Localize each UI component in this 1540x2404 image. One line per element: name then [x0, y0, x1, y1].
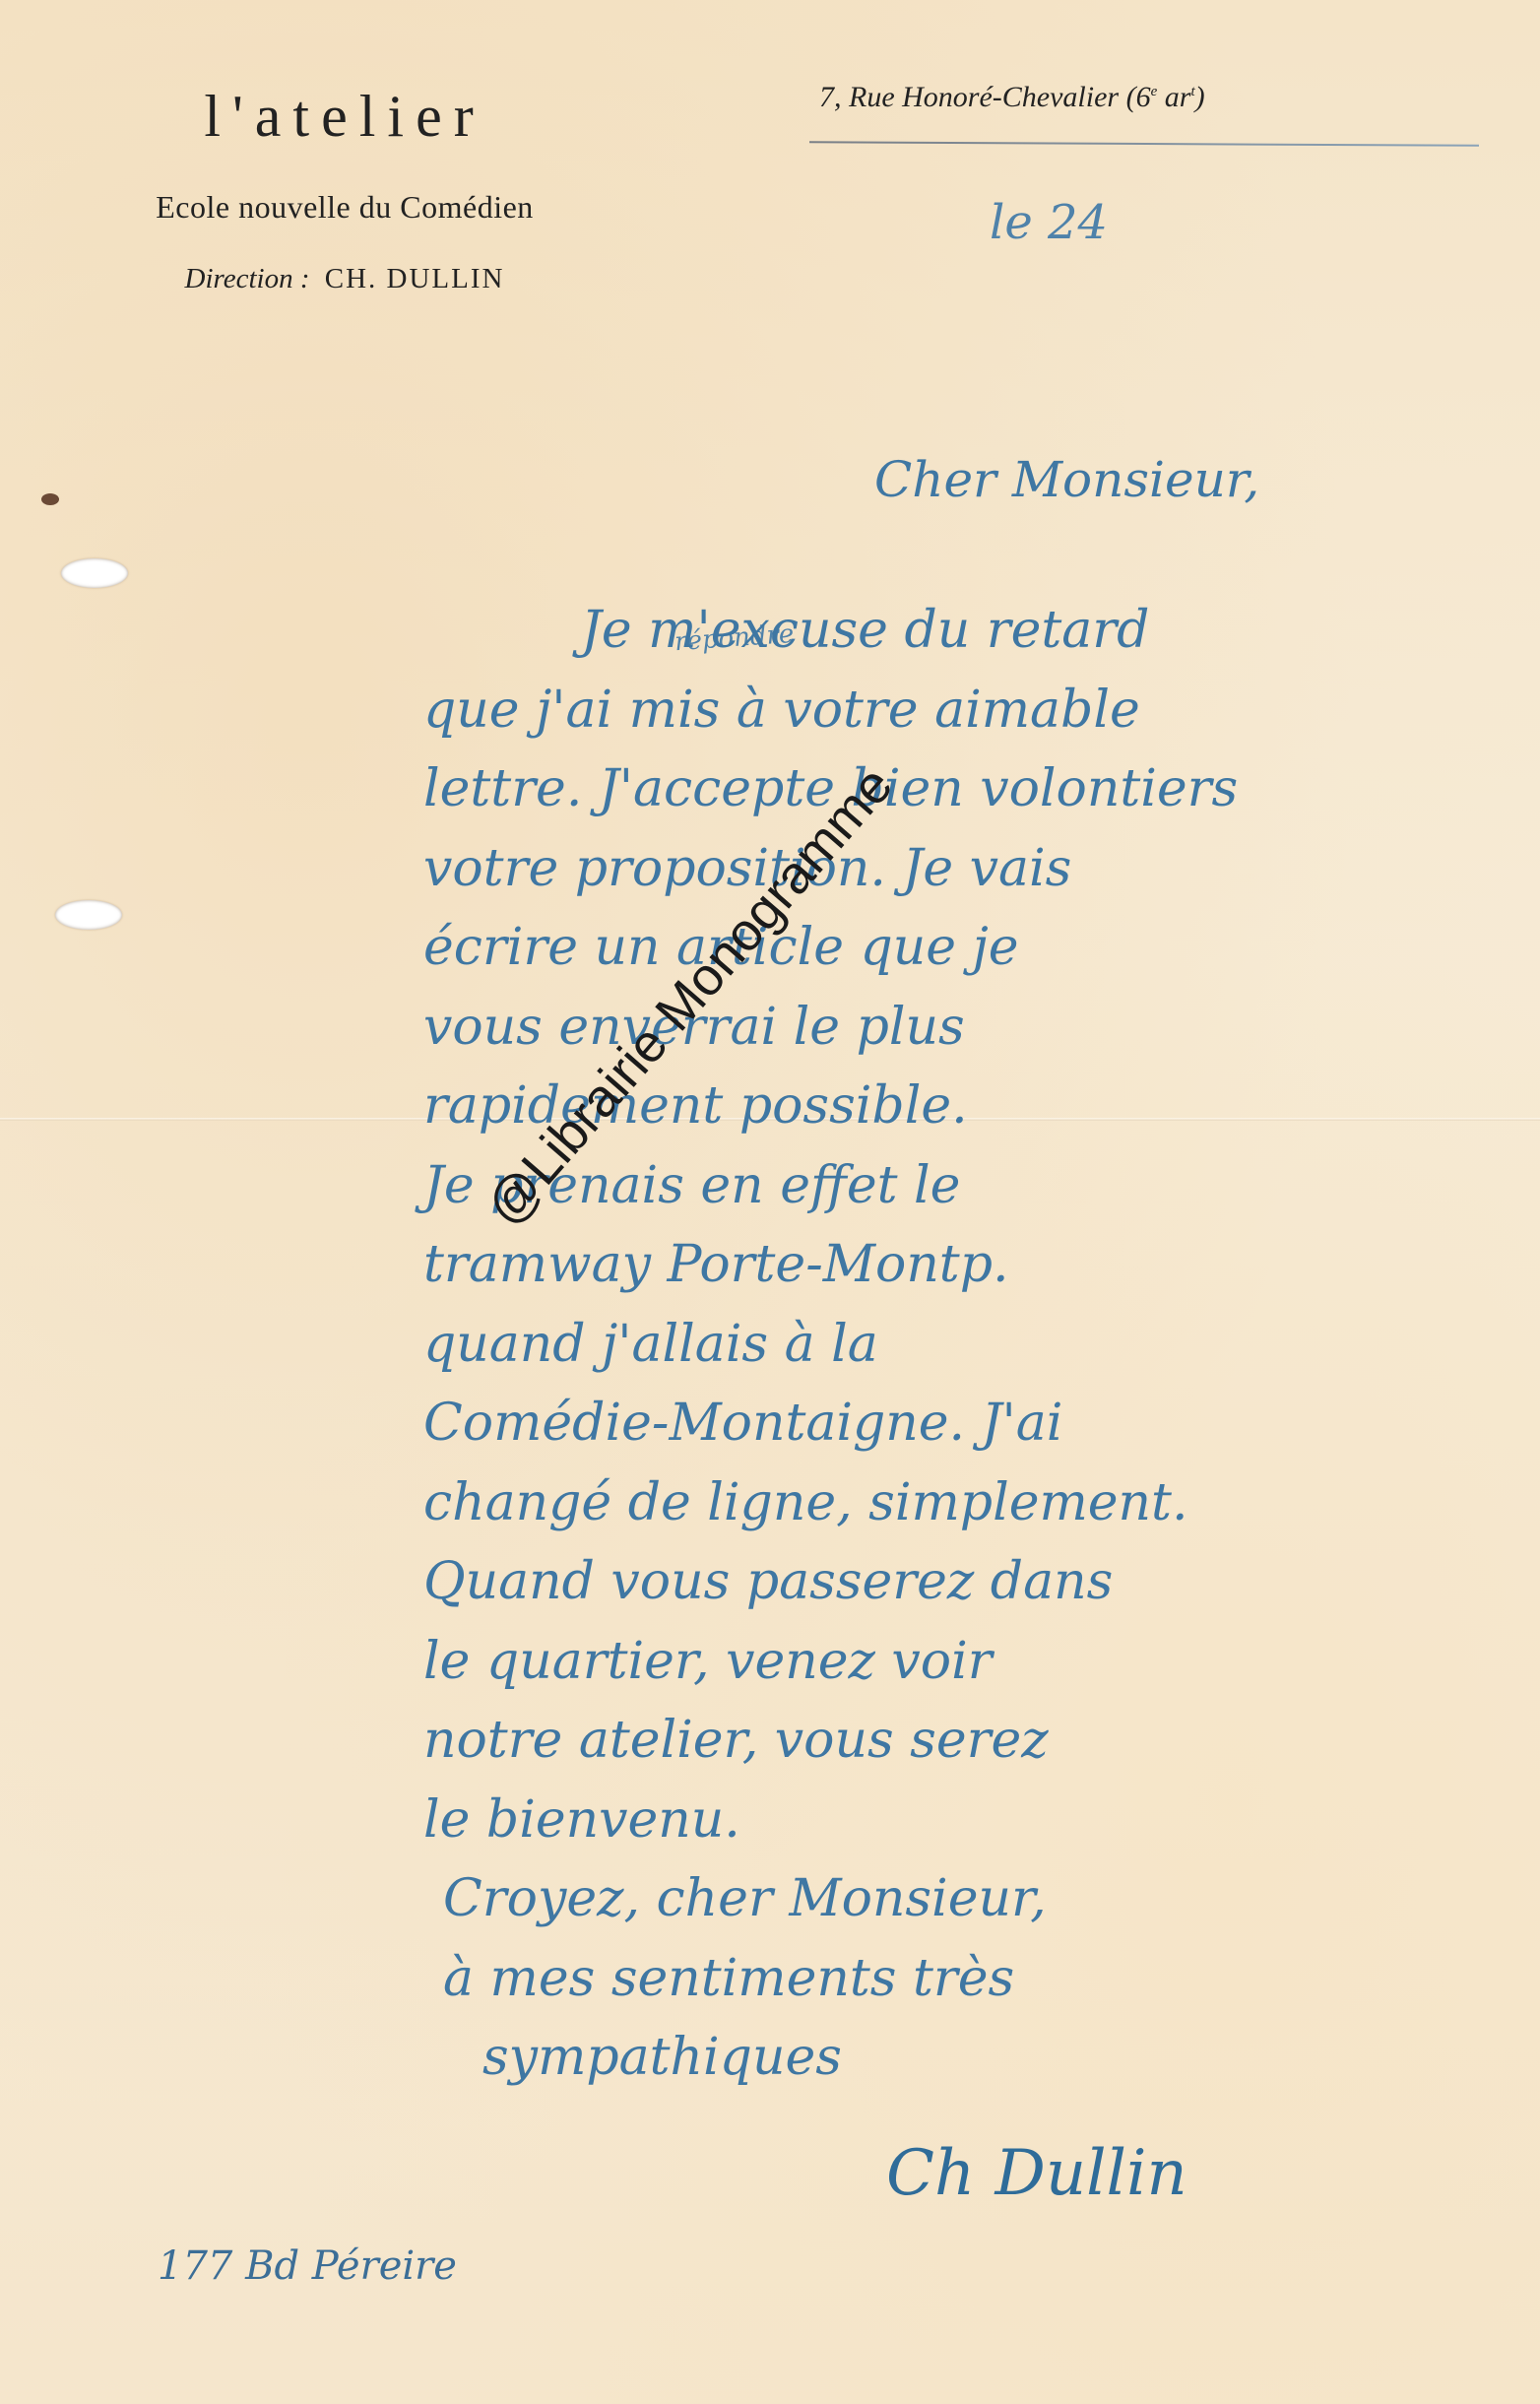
letter-line: changé de ligne, simplement.: [423, 1463, 1238, 1543]
letterhead-title: l'atelier: [98, 87, 591, 146]
letterhead-address: 7, Rue Honoré-Chevalier (6e art): [819, 81, 1205, 114]
letter-line: tramway Porte-Montp.: [423, 1225, 1238, 1305]
letter-line: le bienvenu.: [423, 1781, 1238, 1860]
letter-date: le 24: [990, 195, 1108, 250]
address-text: 7, Rue Honoré-Chevalier (6: [819, 81, 1151, 113]
margin-note-address: 177 Bd Péreire: [158, 2243, 457, 2289]
letter-line: le quartier, venez voir: [423, 1622, 1238, 1702]
letter-line: vous enverrai le plus: [423, 988, 1238, 1068]
letter-line: notre atelier, vous serez: [423, 1701, 1238, 1781]
letter-line: écrire un article que je: [423, 908, 1238, 988]
letter-line: Quand vous passerez dans: [423, 1542, 1238, 1622]
direction-label: Direction :: [185, 263, 310, 294]
address-rule: [809, 141, 1479, 147]
letter-line: sympathiques: [423, 2018, 1238, 2098]
letter-line: que j'ai mis à votre aimable: [423, 671, 1238, 750]
letterhead-subtitle: Ecole nouvelle du Comédien: [98, 189, 591, 226]
letterhead: l'atelier Ecole nouvelle du Comédien Dir…: [98, 87, 591, 295]
signature: Ch Dullin: [886, 2137, 1187, 2210]
letter-line: quand j'allais à la: [423, 1305, 1238, 1385]
letterhead-direction: Direction : CH. DULLIN: [98, 263, 591, 295]
director-name: CH. DULLIN: [325, 263, 505, 294]
letter-line: Comédie-Montaigne. J'ai: [423, 1384, 1238, 1463]
punch-hole-bottom: [55, 900, 122, 930]
address-text-mid: ar: [1157, 81, 1190, 113]
letter-line: à mes sentiments très: [423, 1939, 1238, 2019]
address-text-end: ): [1195, 81, 1205, 113]
letter-line: Je m'excuse du retard: [423, 591, 1238, 671]
letter-line: Croyez, cher Monsieur,: [423, 1859, 1238, 1939]
punch-hole-top: [61, 558, 128, 588]
ink-spot: [41, 493, 59, 505]
letter-salutation: Cher Monsieur,: [874, 451, 1259, 508]
